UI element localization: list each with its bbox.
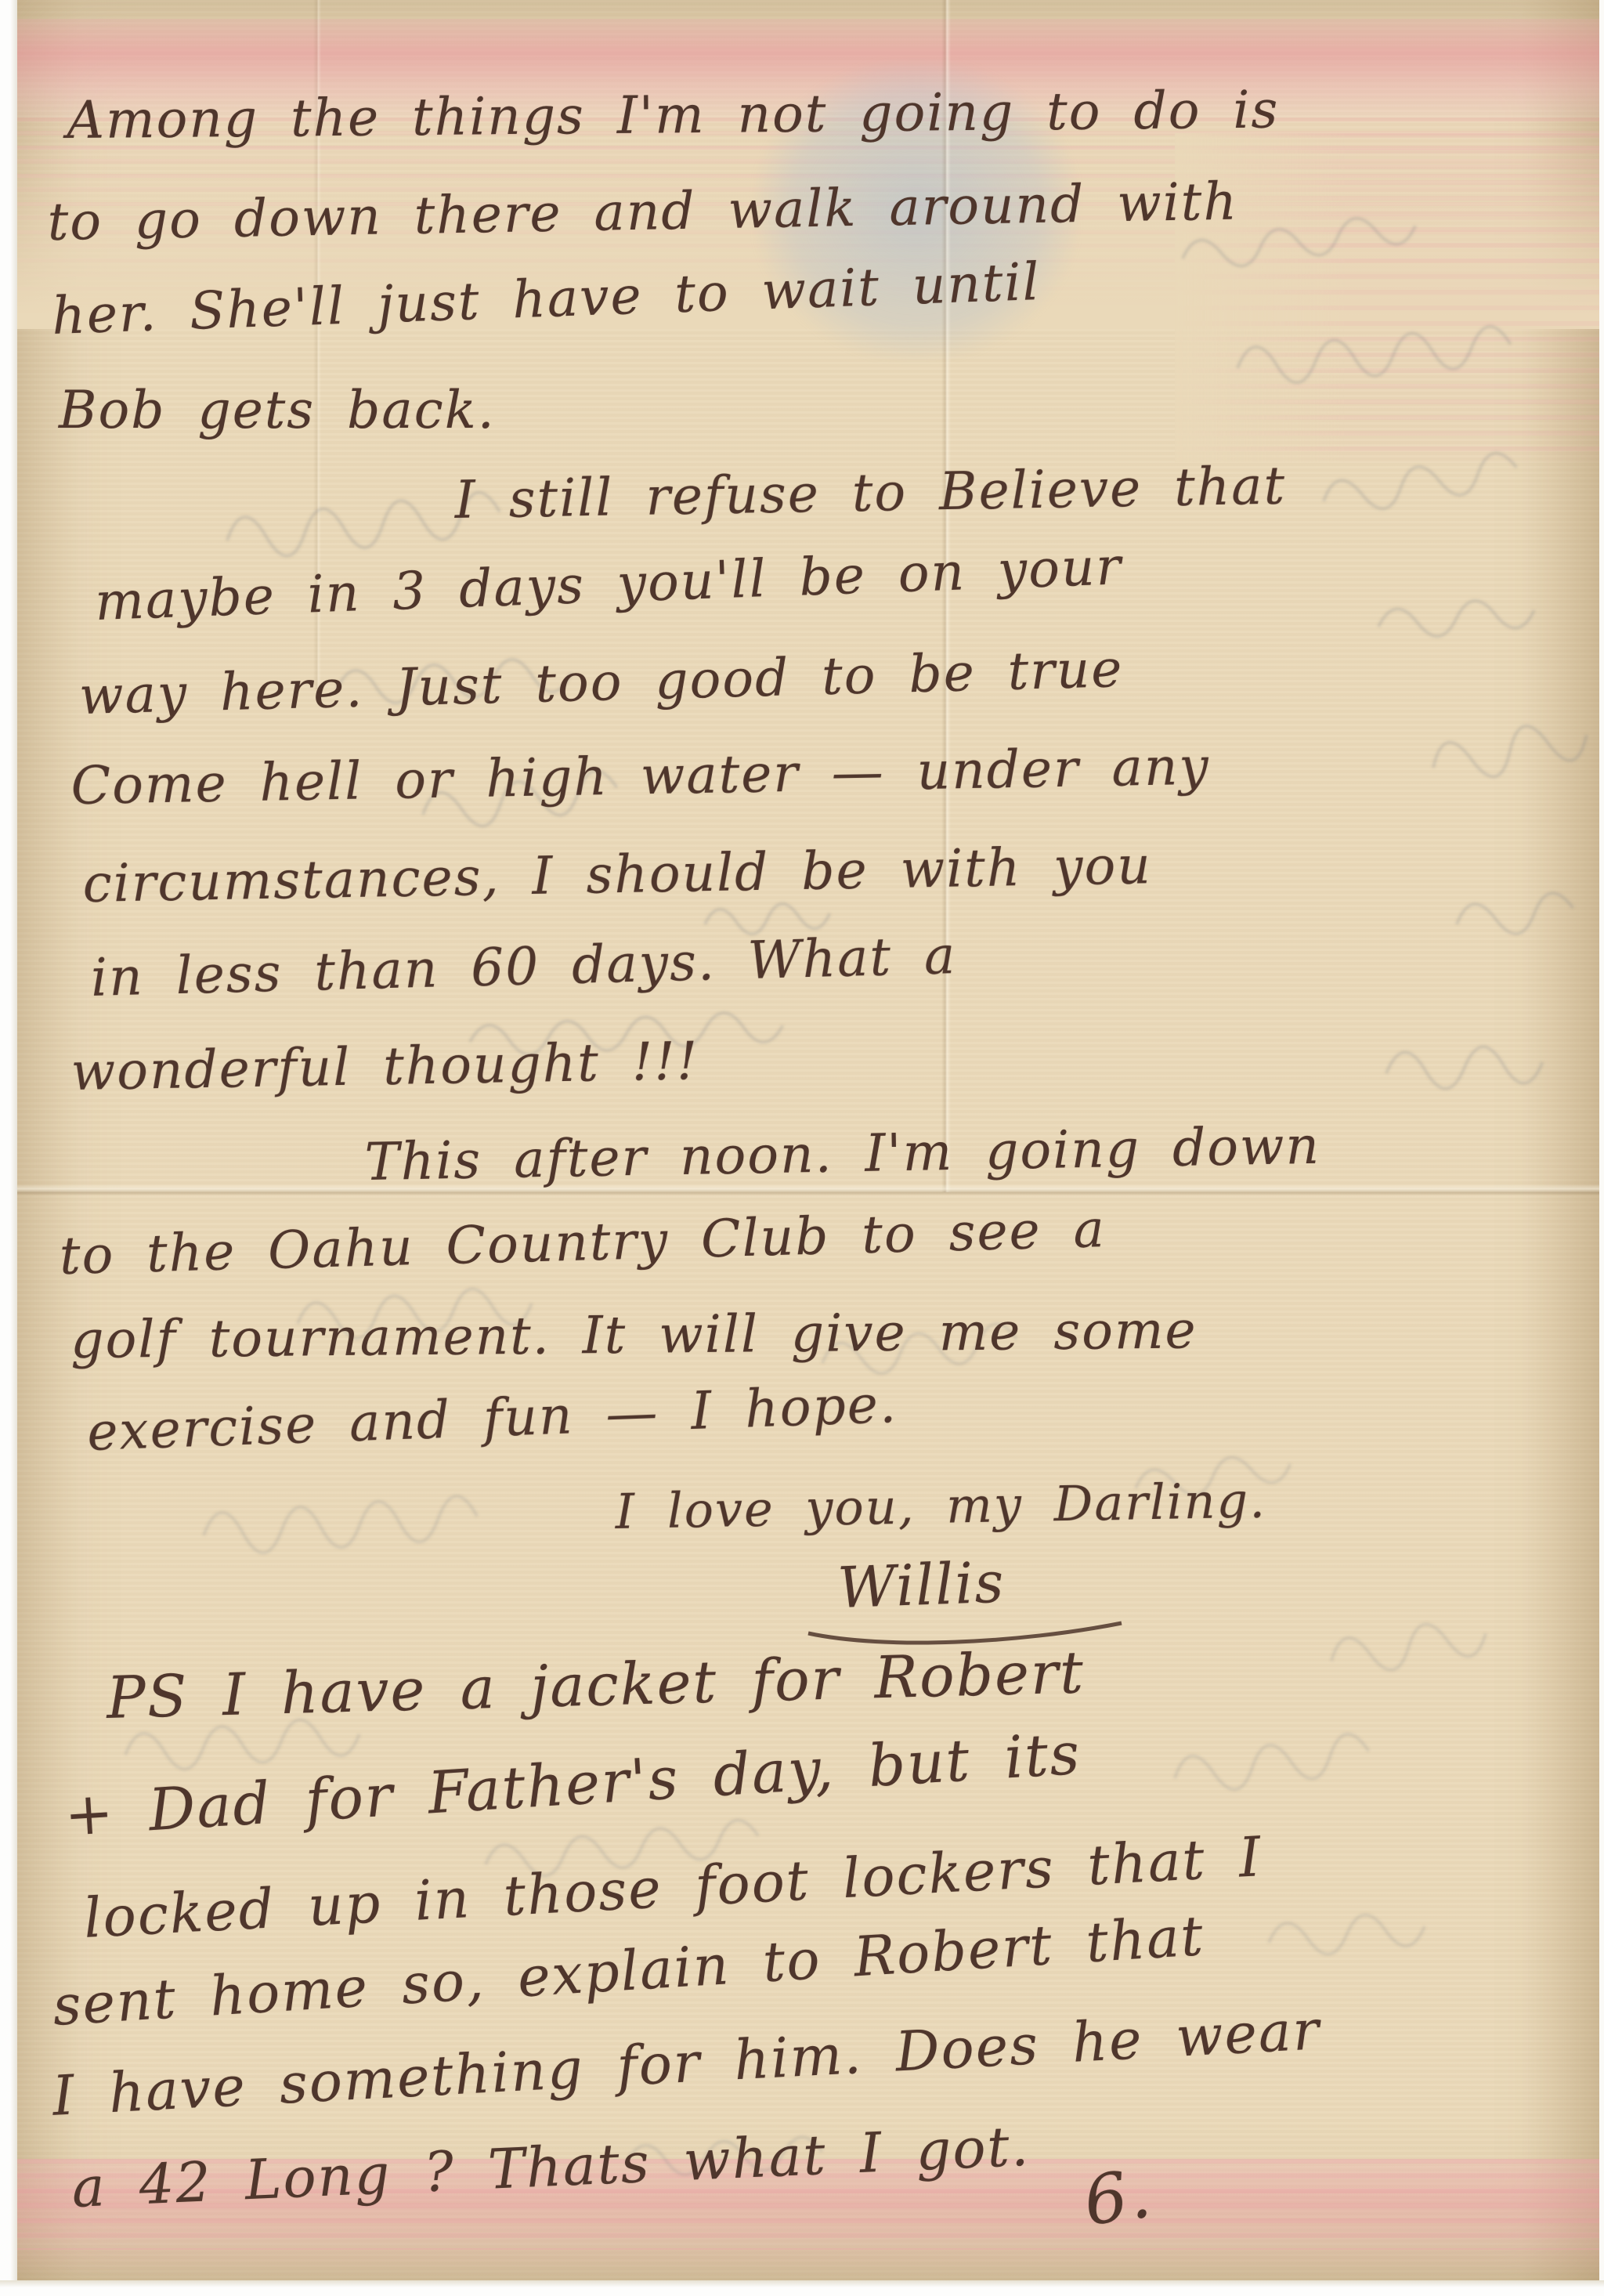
ps-initial: 6. [1079,2154,1157,2241]
scanner-edge-left [0,0,17,2296]
scanner-edge-bottom [0,2280,1604,2296]
scanned-letter-page: Among the things I'm not going to do is … [0,0,1604,2296]
letter-paper: Among the things I'm not going to do is … [16,0,1599,2281]
